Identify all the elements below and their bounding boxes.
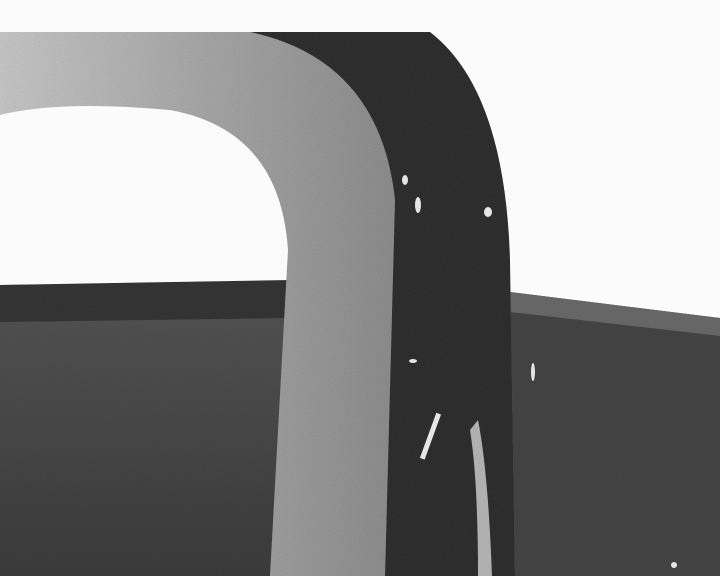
- photo-frame: [0, 0, 720, 576]
- photo-illustration: [0, 0, 720, 576]
